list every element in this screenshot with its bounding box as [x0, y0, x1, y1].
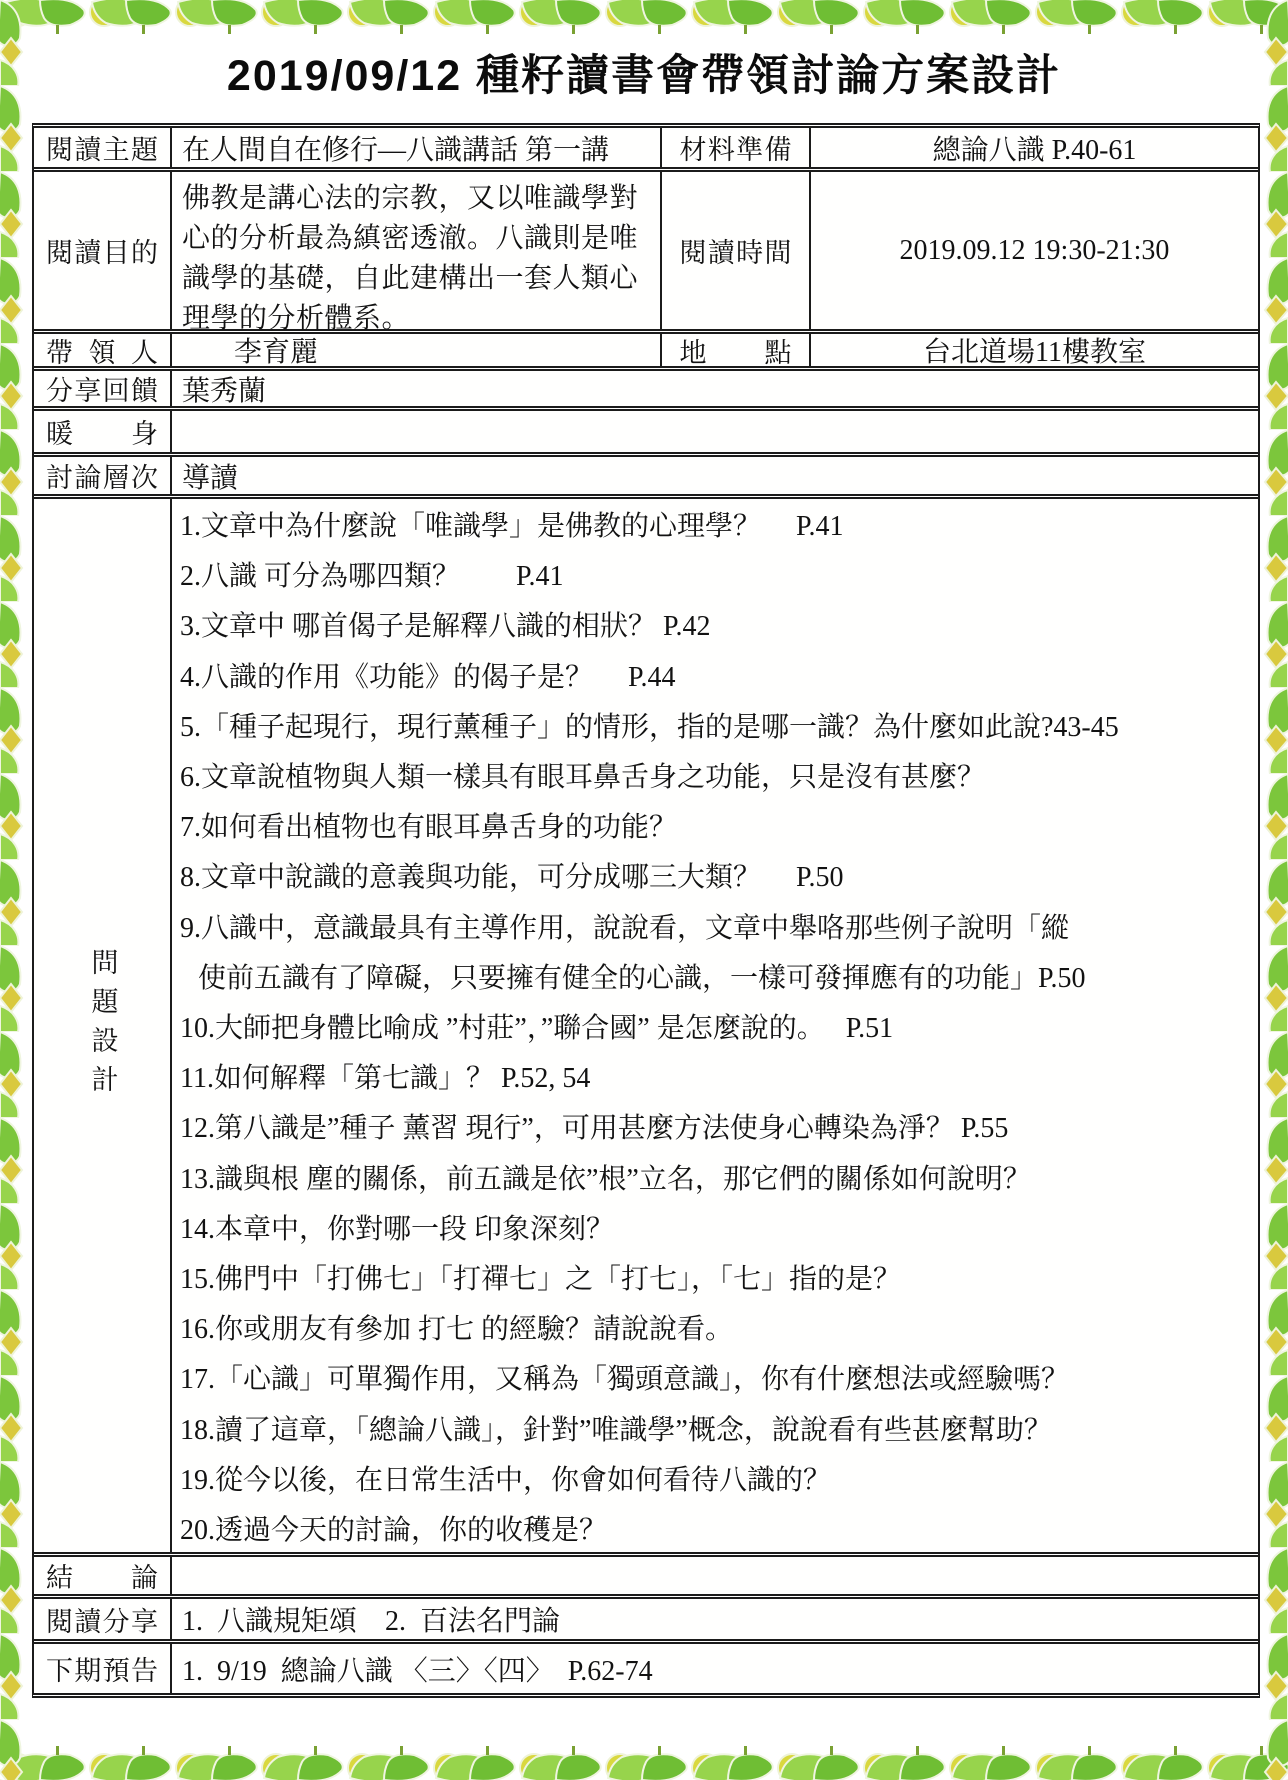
question-line: 8.文章中說識的意義與功能，可分成哪三大類？ P.50 — [180, 853, 1258, 903]
question-line: 3.文章中 哪首偈子是解釋八識的相狀？ P.42 — [180, 602, 1258, 652]
table-row: 討論層次 導讀 — [34, 457, 1258, 499]
question-line: 12.第八識是”種子 薰習 現行”，可用甚麼方法使身心轉染為淨？ P.55 — [180, 1104, 1258, 1154]
reading-topic-label-cell: 閱讀主題 — [34, 128, 172, 167]
conclusion-label-cell: 結論 — [34, 1557, 172, 1594]
materials-label: 材料準備 — [680, 128, 792, 167]
reading-share-label-cell: 閱讀分享 — [34, 1599, 172, 1639]
question-line: 6.文章說植物與人類一樣具有眼耳鼻舌身之功能，只是沒有甚麼？ — [180, 753, 1258, 803]
warmup-label-cell: 暖身 — [34, 411, 172, 452]
questions-label: 問題設計 — [89, 948, 116, 1104]
leaf-border-right — [1262, 0, 1288, 1780]
question-list: 1.文章中為什麼說「唯識學」是佛教的心理學？ P.412.八識 可分為哪四類？ … — [172, 499, 1258, 1552]
materials-label-cell: 材料準備 — [662, 128, 811, 167]
warmup-label: 暖身 — [46, 412, 158, 451]
scanned-document-page: { "page": { "title": "2019/09/12 種籽讀書會帶領… — [0, 0, 1288, 1780]
question-line: 16.你或朋友有參加 打七 的經驗？請說說看。 — [180, 1305, 1258, 1355]
question-line: 使前五識有了障礙，只要擁有健全的心識，一樣可發揮應有的功能」P.50 — [180, 954, 1258, 1004]
question-line: 4.八識的作用《功能》的偈子是？ P.44 — [180, 653, 1258, 703]
table-row: 帶領人 李育麗 地點 台北道場11樓教室 — [34, 334, 1258, 371]
discussion-level-label: 討論層次 — [46, 456, 158, 495]
question-line: 14.本章中，你對哪一段 印象深刻？ — [180, 1205, 1258, 1255]
materials-value: 總論八識 P.40-61 — [811, 128, 1258, 167]
question-line: 9.八識中，意識最具有主導作用，說說看，文章中舉咯那些例子說明「縱 — [180, 904, 1258, 954]
leader-label-cell: 帶領人 — [34, 334, 172, 366]
reading-topic-label: 閱讀主題 — [46, 128, 158, 167]
discussion-level-value: 導讀 — [172, 457, 1258, 494]
time-label-cell: 閱讀時間 — [662, 172, 811, 329]
table-row: 問題設計 1.文章中為什麼說「唯識學」是佛教的心理學？ P.412.八識 可分為… — [34, 499, 1258, 1557]
discussion-level-label-cell: 討論層次 — [34, 457, 172, 494]
question-line: 11.如何解釋「第七識」？ P.52, 54 — [180, 1054, 1258, 1104]
reading-share-label: 閱讀分享 — [46, 1600, 158, 1639]
question-line: 17.「心識」可單獨作用，又稱為「獨頭意識」，你有什麼想法或經驗嗎？ — [180, 1355, 1258, 1405]
reading-share-value: 1. 八識規矩頌 2. 百法名門論 — [172, 1599, 1258, 1639]
table-row: 閱讀目的 佛教是講心法的宗教，又以唯識學對心的分析最為縝密透澈。八識則是唯識學的… — [34, 172, 1258, 334]
next-issue-value: 1. 9/19 總論八識 〈三〉〈四〉 P.62-74 — [172, 1644, 1258, 1693]
warmup-value — [172, 411, 1258, 452]
table-row: 下期預告 1. 9/19 總論八識 〈三〉〈四〉 P.62-74 — [34, 1644, 1258, 1693]
table-row: 暖身 — [34, 411, 1258, 457]
leader-label: 帶領人 — [46, 331, 158, 370]
leaf-border-bottom — [0, 1744, 1288, 1780]
question-line: 13.識與根 塵的關係，前五識是依”根”立名，那它們的關係如何說明？ — [180, 1155, 1258, 1205]
time-label: 閱讀時間 — [680, 231, 792, 270]
question-line: 18.讀了這章，「總論八識」，針對”唯識學”概念，說說看有些甚麼幫助？ — [180, 1406, 1258, 1456]
table-row: 分享回饋 葉秀蘭 — [34, 371, 1258, 411]
question-line: 19.從今以後，在日常生活中，你會如何看待八識的？ — [180, 1456, 1258, 1506]
question-line: 20.透過今天的討論，你的收穫是？ — [180, 1506, 1258, 1552]
question-line: 10.大師把身體比喻成 ”村莊”，”聯合國” 是怎麼說的。 P.51 — [180, 1004, 1258, 1054]
purpose-value: 佛教是講心法的宗教，又以唯識學對心的分析最為縝密透澈。八識則是唯識學的基礎，自此… — [172, 172, 662, 329]
question-line: 15.佛門中「打佛七」「打禪七」之「打七」，「七」指的是？ — [180, 1255, 1258, 1305]
leader-value: 李育麗 — [172, 334, 662, 366]
place-value: 台北道場11樓教室 — [811, 334, 1258, 366]
page-title: 2019/09/12 種籽讀書會帶領討論方案設計 — [0, 42, 1288, 103]
question-line: 2.八識 可分為哪四類？ P.41 — [180, 552, 1258, 602]
feedback-value: 葉秀蘭 — [172, 371, 1258, 406]
purpose-label-cell: 閱讀目的 — [34, 172, 172, 329]
question-line: 1.文章中為什麼說「唯識學」是佛教的心理學？ P.41 — [180, 502, 1258, 552]
question-line: 7.如何看出植物也有眼耳鼻舌身的功能？ — [180, 803, 1258, 853]
table-row: 閱讀分享 1. 八識規矩頌 2. 百法名門論 — [34, 1599, 1258, 1644]
reading-topic-value: 在人間自在修行—八識講話 第一講 — [172, 128, 662, 167]
next-issue-label-cell: 下期預告 — [34, 1644, 172, 1693]
leaf-border-top — [0, 0, 1288, 36]
discussion-plan-table: 閱讀主題 在人間自在修行—八識講話 第一講 材料準備 總論八識 P.40-61 … — [32, 123, 1260, 1698]
feedback-label-cell: 分享回饋 — [34, 371, 172, 406]
questions-label-cell: 問題設計 — [34, 499, 172, 1552]
place-label: 地點 — [680, 331, 792, 370]
table-row: 閱讀主題 在人間自在修行—八識講話 第一講 材料準備 總論八識 P.40-61 — [34, 128, 1258, 172]
conclusion-label: 結論 — [46, 1556, 158, 1595]
feedback-label: 分享回饋 — [46, 369, 158, 408]
next-issue-label: 下期預告 — [46, 1649, 158, 1688]
conclusion-value — [172, 1557, 1258, 1594]
time-value: 2019.09.12 19:30-21:30 — [811, 172, 1258, 329]
question-line: 5.「種子起現行，現行薰種子」的情形，指的是哪一識？為什麼如此說?43-45 — [180, 703, 1258, 753]
place-label-cell: 地點 — [662, 334, 811, 366]
table-row: 結論 — [34, 1557, 1258, 1599]
leaf-border-left — [0, 0, 24, 1780]
purpose-label: 閱讀目的 — [46, 231, 158, 270]
